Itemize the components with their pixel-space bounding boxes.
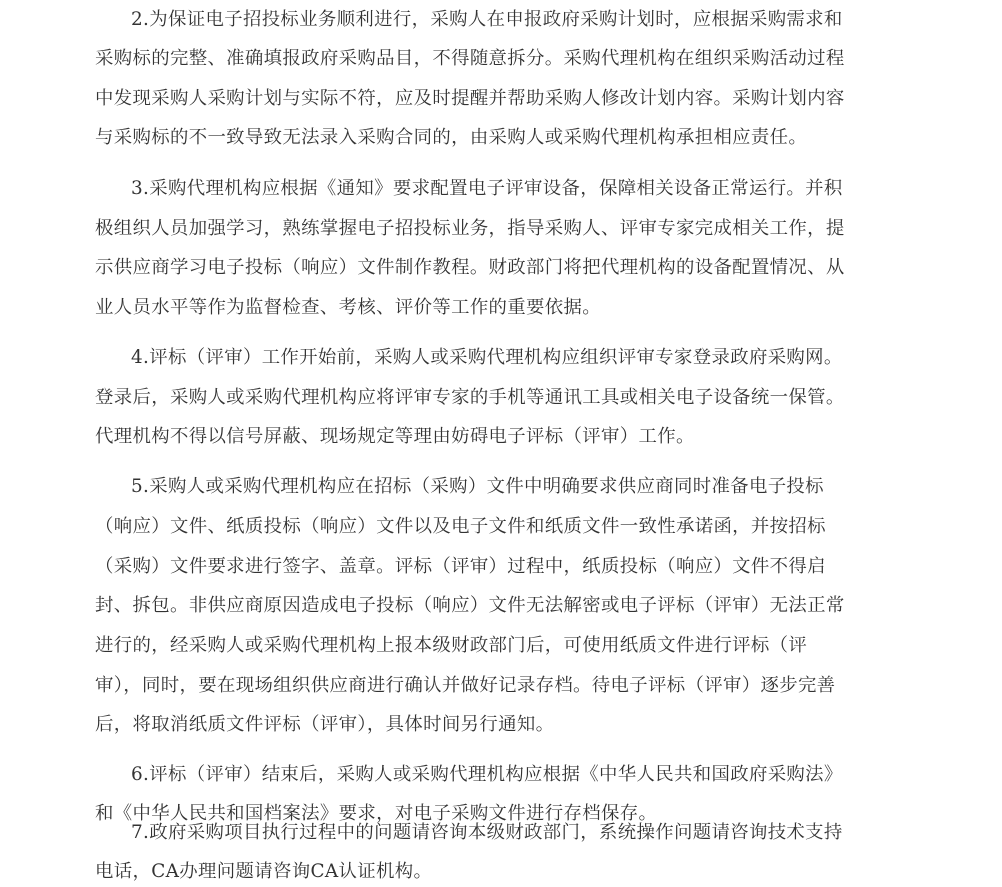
- paragraph-line: （响应）文件、纸质投标（响应）文件以及电子文件和纸质文件一致性承诺函，并按招标: [95, 512, 915, 542]
- paragraph-line: 采购标的完整、准确填报政府采购品目，不得随意拆分。采购代理机构在组织采购活动过程: [95, 44, 915, 74]
- paragraph-line: 7.政府采购项目执行过程中的问题请咨询本级财政部门，系统操作问题请咨询技术支持: [131, 818, 951, 848]
- paragraph-line: 业人员水平等作为监督检查、考核、评价等工作的重要依据。: [95, 293, 915, 323]
- paragraph-line: 封、拆包。非供应商原因造成电子投标（响应）文件无法解密或电子评标（评审）无法正常: [95, 591, 915, 621]
- paragraph-line: 6.评标（评审）结束后，采购人或采购代理机构应根据《中华人民共和国政府采购法》: [131, 760, 951, 790]
- paragraph-line: 5.采购人或采购代理机构应在招标（采购）文件中明确要求供应商同时准备电子投标: [131, 472, 951, 502]
- paragraph-line: 2.为保证电子招投标业务顺利进行，采购人在申报政府采购计划时，应根据采购需求和: [131, 5, 951, 35]
- paragraph-line: 电话，CA办理问题请咨询CA认证机构。: [95, 857, 915, 887]
- paragraph-line: 与采购标的不一致导致无法录入采购合同的，由采购人或采购代理机构承担相应责任。: [95, 123, 915, 153]
- document-page: 2.为保证电子招投标业务顺利进行，采购人在申报政府采购计划时，应根据采购需求和 …: [0, 0, 1002, 887]
- paragraph-line: 登录后，采购人或采购代理机构应将评审专家的手机等通讯工具或相关电子设备统一保管。: [95, 383, 915, 413]
- paragraph-line: 3.采购代理机构应根据《通知》要求配置电子评审设备，保障相关设备正常运行。并积: [131, 174, 951, 204]
- paragraph-line: 后，将取消纸质文件评标（评审），具体时间另行通知。: [95, 710, 915, 740]
- paragraph-line: （采购）文件要求进行签字、盖章。评标（评审）过程中，纸质投标（响应）文件不得启: [95, 552, 915, 582]
- paragraph-line: 进行的，经采购人或采购代理机构上报本级财政部门后，可使用纸质文件进行评标（评: [95, 631, 915, 661]
- paragraph-line: 极组织人员加强学习，熟练掌握电子招投标业务，指导采购人、评审专家完成相关工作，提: [95, 214, 915, 244]
- paragraph-line: 中发现采购人采购计划与实际不符，应及时提醒并帮助采购人修改计划内容。采购计划内容: [95, 84, 915, 114]
- paragraph-line: 4.评标（评审）工作开始前，采购人或采购代理机构应组织评审专家登录政府采购网。: [131, 343, 951, 373]
- paragraph-line: 示供应商学习电子投标（响应）文件制作教程。财政部门将把代理机构的设备配置情况、从: [95, 253, 915, 283]
- paragraph-line: 审），同时，要在现场组织供应商进行确认并做好记录存档。待电子评标（评审）逐步完善: [95, 671, 915, 701]
- paragraph-line: 代理机构不得以信号屏蔽、现场规定等理由妨碍电子评标（评审）工作。: [95, 422, 915, 452]
